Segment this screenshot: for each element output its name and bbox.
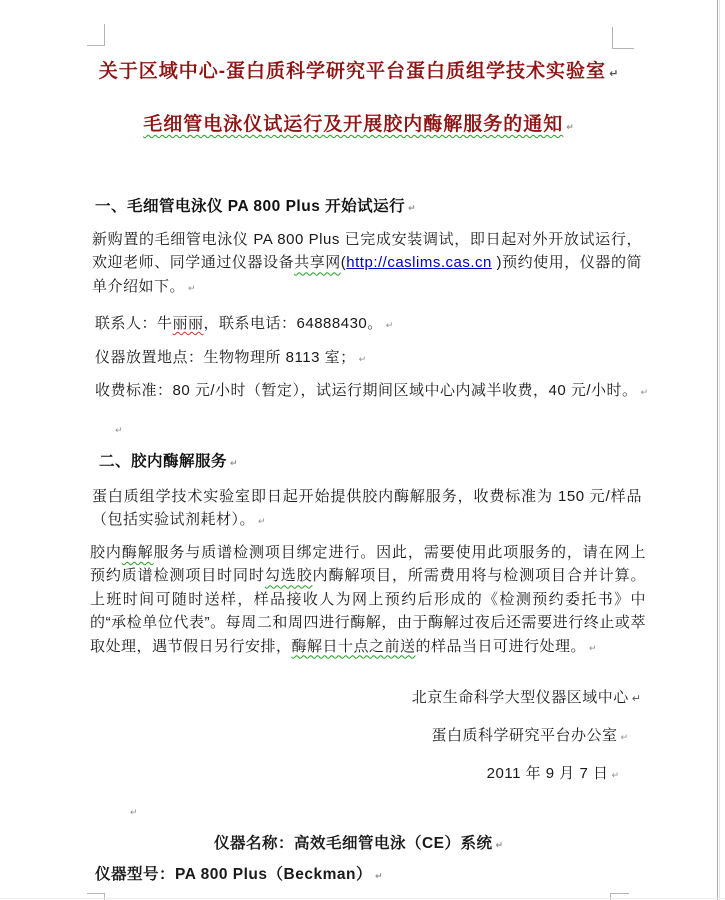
paragraph-mark-icon: ↵ xyxy=(115,419,123,442)
paragraph-mark-icon: ↵ xyxy=(609,62,618,86)
section2-paragraph-2: 胶内酶解服务与质谱检测项目绑定进行。因此，需要使用此项服务的，请在网上预约质谱检… xyxy=(90,541,646,660)
doc-title-line-2: 毛细管电泳仪试运行及开展胶内酶解服务的通知↵ xyxy=(0,113,717,139)
paragraph-mark-icon: ↵ xyxy=(188,277,196,300)
section1-intro-paragraph: 新购置的毛细管电泳仪 PA 800 Plus 已完成安装调试，即日起对外开放试运… xyxy=(92,228,642,300)
paragraph-mark-icon: ↵ xyxy=(130,801,138,824)
margin-corner-top-left-icon xyxy=(87,24,105,46)
paragraph-mark-icon: ↵ xyxy=(359,348,367,371)
document-page: 关于区域中心-蛋白质科学研究平台蛋白质组学技术实验室↵ 毛细管电泳仪试运行及开展… xyxy=(0,0,725,900)
s2p2-spellflag-2: 勾选胶 xyxy=(265,567,313,584)
instrument-name-line: 仪器名称：高效毛细管电泳（CE）系统↵ xyxy=(0,832,717,857)
paragraph-mark-icon: ↵ xyxy=(589,637,597,660)
signature-date-text: 2011 年 9 月 7 日 xyxy=(487,765,609,782)
doc-title-line-2-text: 毛细管电泳仪试运行及开展胶内酶解服务的通知 xyxy=(143,114,563,135)
section2-para1-text: 蛋白质组学技术实验室即日起开始提供胶内酶解服务，收费标准为 150 元/样品（包… xyxy=(92,488,642,528)
contact-text-1: 联系人：牛 xyxy=(95,315,173,332)
s2p2-text-1: 胶内 xyxy=(90,544,122,561)
paragraph-mark-icon: ↵ xyxy=(386,314,394,337)
doc-title-line-1-text: 关于区域中心-蛋白质科学研究平台蛋白质组学技术实验室 xyxy=(99,61,606,82)
location-text: 仪器放置地点：生物物理所 8113 室； xyxy=(95,349,356,366)
section1-heading-text: 一、毛细管电泳仪 PA 800 Plus 开始试运行 xyxy=(95,198,405,215)
contact-name-spellflag: 丽丽 xyxy=(173,315,204,332)
signature-org-text: 北京生命科学大型仪器区域中心 xyxy=(412,689,629,706)
page-edge-bottom xyxy=(0,898,725,899)
caslims-hyperlink[interactable]: http://caslims.cas.cn xyxy=(346,254,492,271)
section2-paragraph-1: 蛋白质组学技术实验室即日起开始提供胶内酶解服务，收费标准为 150 元/样品（包… xyxy=(92,485,642,534)
instrument-name-text: 仪器名称：高效毛细管电泳（CE）系统 xyxy=(214,835,493,852)
paragraph-mark-icon: ↵ xyxy=(375,865,383,888)
s2p2-text-4: 的样品当日可进行处理。 xyxy=(416,638,587,655)
paragraph-mark-icon: ↵ xyxy=(408,197,416,220)
intro-text-spellflag: 共享网 xyxy=(294,254,341,271)
signature-office: 蛋白质科学研究平台办公室↵ xyxy=(431,724,628,749)
empty-paragraph-1: ↵ xyxy=(112,417,123,442)
paragraph-mark-icon: ↵ xyxy=(230,452,238,475)
location-line: 仪器放置地点：生物物理所 8113 室；↵ xyxy=(95,346,366,371)
section1-heading: 一、毛细管电泳仪 PA 800 Plus 开始试运行↵ xyxy=(95,195,416,220)
paragraph-mark-icon: ↵ xyxy=(620,726,628,749)
paragraph-mark-icon: ↵ xyxy=(611,764,619,787)
page-edge-right-highlight xyxy=(719,0,720,900)
doc-title-line-1: 关于区域中心-蛋白质科学研究平台蛋白质组学技术实验室↵ xyxy=(0,60,717,86)
fee-text: 收费标准：80 元/小时（暂定），试运行期间区域中心内减半收费，40 元/小时。 xyxy=(95,382,638,399)
signature-date: 2011 年 9 月 7 日↵ xyxy=(487,762,619,787)
paragraph-mark-icon: ↵ xyxy=(496,834,504,857)
paragraph-mark-icon: ↵ xyxy=(641,381,649,404)
signature-office-text: 蛋白质科学研究平台办公室 xyxy=(431,727,617,744)
instrument-model-line: 仪器型号：PA 800 Plus（Beckman）↵ xyxy=(95,863,383,888)
section2-heading-text: 二、胶内酶解服务 xyxy=(99,453,227,470)
fee-line: 收费标准：80 元/小时（暂定），试运行期间区域中心内减半收费，40 元/小时。… xyxy=(95,379,648,404)
paragraph-mark-icon: ↵ xyxy=(566,115,574,139)
empty-paragraph-2: ↵ xyxy=(127,799,138,824)
instrument-model-text: 仪器型号：PA 800 Plus（Beckman） xyxy=(95,866,372,883)
paragraph-mark-icon: ↵ xyxy=(632,688,641,711)
paragraph-mark-icon: ↵ xyxy=(258,510,266,533)
page-edge-right xyxy=(717,0,718,900)
contact-line: 联系人：牛丽丽，联系电话：64888430。↵ xyxy=(95,312,393,337)
s2p2-spellflag-3: 酶解日十点之前送 xyxy=(292,638,416,655)
section2-heading: 二、胶内酶解服务↵ xyxy=(99,450,238,475)
signature-org: 北京生命科学大型仪器区域中心↵ xyxy=(412,686,641,711)
margin-corner-top-right-icon xyxy=(612,27,634,49)
contact-text-2: ，联系电话：64888430。 xyxy=(204,315,383,332)
s2p2-spellflag-1: 酶解 xyxy=(122,544,154,561)
